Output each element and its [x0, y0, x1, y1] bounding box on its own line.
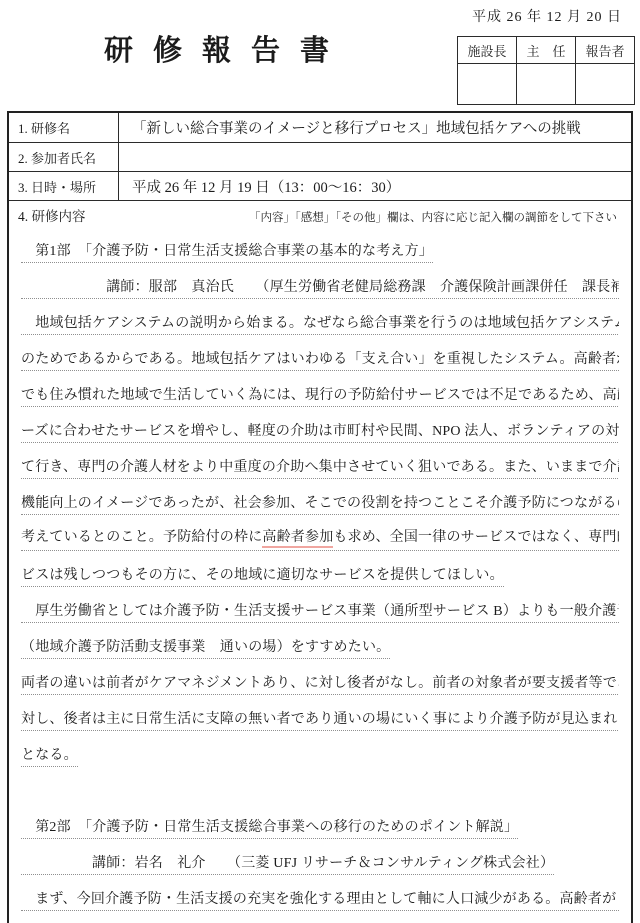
report-date: 平成 26 年 12 月 20 日	[472, 6, 622, 26]
content-line: て行き、専門の介護人材をより中重度の介助へ集中させていく狙いである。また、いまま…	[21, 443, 619, 479]
datetime-place-value: 平成 26 年 12 月 19 日（13：00～16：30）	[119, 172, 631, 200]
content-line: 両者の違いは前者がケアマネジメントあり、に対し後者がなし。前者の対象者が要支援者…	[21, 659, 619, 695]
fill-in-adjustment-note: 「内容」「感想」「その他」欄は、内容に応じ記入欄の調節をして下さい	[249, 209, 617, 225]
row-participants: 2. 参加者氏名	[9, 143, 631, 172]
training-name-label: 1. 研修名	[9, 113, 119, 142]
approval-sign-cell-chief	[517, 64, 576, 104]
training-content-body: 第1部 「介護予防・日常生活支援総合事業の基本的な考え方」 講師：服部 真治氏 …	[9, 227, 631, 911]
approval-col-chief: 主 任	[517, 37, 576, 63]
content-line: のためであるからである。地域包括ケアはいわゆる「支え合い」を重視したシステム。高…	[21, 335, 619, 371]
row-training-name: 1. 研修名 「新しい総合事業のイメージと移行プロセス」地域包括ケアへの挑戦	[9, 113, 631, 143]
approval-sign-cell-reporter	[576, 64, 634, 104]
content-line: 講師：服部 真治氏 （厚生労働省老健局総務課 介護保険計画課併任 課長補佐）	[21, 263, 619, 299]
content-line: （地域介護予防活動支援事業 通いの場）をすすめたい。	[21, 623, 619, 659]
content-line: でも住み慣れた地域で生活していく為には、現行の予防給付サービスでは不足であるため…	[21, 371, 619, 407]
content-line-text: 両者の違いは前者がケアマネジメントあり、に対し後者がなし。前者の対象者が要支援者…	[21, 675, 619, 695]
content-line-text: となる。	[21, 747, 78, 767]
content-line: 対し、後者は主に日常生活に支障の無い者であり通いの場にいく事により介護予防が見込…	[21, 695, 619, 731]
proof-marked-text: 高齢者参加	[262, 529, 333, 548]
content-line: 第2部 「介護予防・日常生活支援総合事業への移行のためのポイント解説」	[21, 803, 619, 839]
approval-signature-row	[458, 64, 634, 104]
training-content-header: 4. 研修内容 「内容」「感想」「その他」欄は、内容に応じ記入欄の調節をして下さ…	[9, 201, 631, 227]
content-line-text: （地域介護予防活動支援事業 通いの場）をすすめたい。	[21, 639, 390, 659]
content-line-text: 第1部 「介護予防・日常生活支援総合事業の基本的な考え方」	[21, 243, 433, 263]
content-line-text: でも住み慣れた地域で生活していく為には、現行の予防給付サービスでは不足であるため…	[21, 387, 619, 407]
content-line-text-pre: 考えているとのこと。予防給付の枠に	[21, 530, 262, 545]
datetime-place-label: 3. 日時・場所	[9, 172, 119, 200]
content-line: 地域包括ケアシステムの説明から始まる。なぜなら総合事業を行うのは地域包括ケアシス…	[21, 299, 619, 335]
content-line-with-proof-mark: 考えているとのこと。予防給付の枠に高齢者参加も求め、全国一律のサービスではなく、…	[21, 515, 619, 551]
content-line-text: 地域包括ケアシステムの説明から始まる。なぜなら総合事業を行うのは地域包括ケアシス…	[21, 315, 619, 335]
content-line-text: のためであるからである。地域包括ケアはいわゆる「支え合い」を重視したシステム。高…	[21, 351, 619, 371]
content-line-blank	[21, 767, 619, 803]
content-line-text: 機能向上のイメージであったが、社会参加、そこでの役割を持つことこそ介護予防につな…	[21, 495, 619, 515]
content-line: ビスは残しつつもその方に、その地域に適切なサービスを提供してほしい。	[21, 551, 619, 587]
content-line: 機能向上のイメージであったが、社会参加、そこでの役割を持つことこそ介護予防につな…	[21, 479, 619, 515]
content-line: 講師：岩名 礼介 （三菱 UFJ リサーチ＆コンサルティング株式会社）	[21, 839, 619, 875]
content-line-text: 第2部 「介護予防・日常生活支援総合事業への移行のためのポイント解説」	[21, 819, 518, 839]
content-line: 第1部 「介護予防・日常生活支援総合事業の基本的な考え方」	[21, 227, 619, 263]
participants-value	[119, 143, 631, 171]
content-line-text-post: も求め、全国一律のサービスではなく、専門的なサー	[333, 530, 619, 545]
content-line: 厚生労働省としては介護予防・生活支援サービス事業（通所型サービス B）よりも一般…	[21, 587, 619, 623]
approval-col-facility-head: 施設長	[458, 37, 517, 63]
content-line-text: 講師：岩名 礼介 （三菱 UFJ リサーチ＆コンサルティング株式会社）	[21, 855, 554, 875]
training-report-page: 平成 26 年 12 月 20 日 研修報告書 施設長 主 任 報告者 1. 研…	[0, 0, 640, 923]
approval-col-reporter: 報告者	[576, 37, 634, 63]
content-line-text: ーズに合わせたサービスを増やし、軽度の介助は市町村や民間、NPO 法人、ボランテ…	[21, 423, 619, 443]
content-line: ーズに合わせたサービスを増やし、軽度の介助は市町村や民間、NPO 法人、ボランテ…	[21, 407, 619, 443]
participants-label: 2. 参加者氏名	[9, 143, 119, 171]
page-title: 研修報告書	[104, 28, 349, 69]
content-line-text: 講師：服部 真治氏 （厚生労働省老健局総務課 介護保険計画課併任 課長補佐）	[21, 279, 619, 299]
content-line: となる。	[21, 731, 619, 767]
approval-header-row: 施設長 主 任 報告者	[458, 37, 634, 64]
row-datetime-place: 3. 日時・場所 平成 26 年 12 月 19 日（13：00～16：30）	[9, 172, 631, 201]
report-table: 1. 研修名 「新しい総合事業のイメージと移行プロセス」地域包括ケアへの挑戦 2…	[7, 111, 633, 923]
content-line-text: まず、今回介護予防・生活支援の充実を強化する理由として軸に人口減少がある。高齢者…	[21, 891, 619, 911]
content-line-text: ビスは残しつつもその方に、その地域に適切なサービスを提供してほしい。	[21, 567, 504, 587]
training-name-value: 「新しい総合事業のイメージと移行プロセス」地域包括ケアへの挑戦	[119, 113, 631, 142]
content-line-text: 厚生労働省としては介護予防・生活支援サービス事業（通所型サービス B）よりも一般…	[21, 603, 619, 623]
approval-sign-cell-facility-head	[458, 64, 517, 104]
content-line-text: て行き、専門の介護人材をより中重度の介助へ集中させていく狙いである。また、いまま…	[21, 459, 619, 479]
content-line: まず、今回介護予防・生活支援の充実を強化する理由として軸に人口減少がある。高齢者…	[21, 875, 619, 911]
content-line-text: 対し、後者は主に日常生活に支障の無い者であり通いの場にいく事により介護予防が見込…	[21, 711, 619, 731]
approval-stamp-table: 施設長 主 任 報告者	[457, 36, 635, 105]
training-content-label: 4. 研修内容	[18, 205, 86, 225]
row-training-content: 4. 研修内容 「内容」「感想」「その他」欄は、内容に応じ記入欄の調節をして下さ…	[9, 201, 631, 911]
